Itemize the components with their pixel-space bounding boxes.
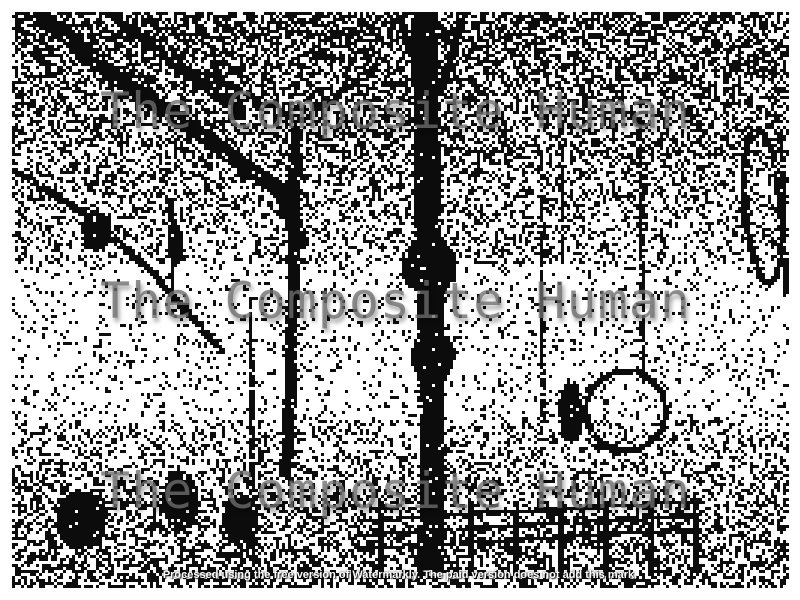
photo-frame: [0, 0, 800, 600]
dithered-photo: [0, 0, 800, 600]
